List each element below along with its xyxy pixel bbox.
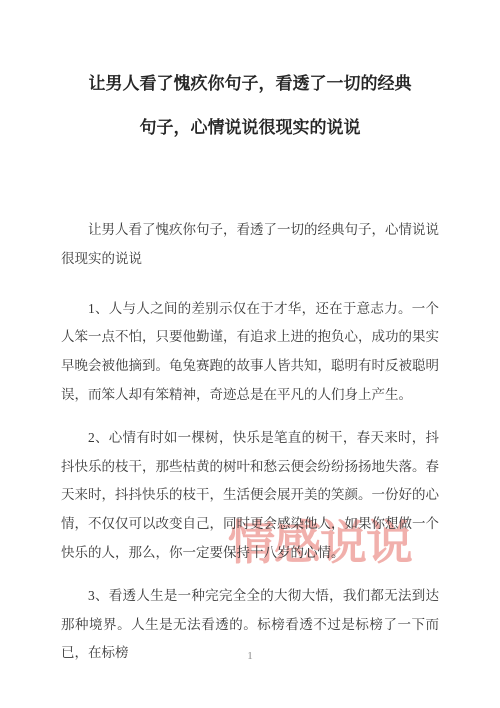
title-line-1: 让男人看了愧疚你句子，看透了一切的经典	[40, 62, 460, 106]
document-body: 让男人看了愧疚你句子，看透了一切的经典句子，心情说说很现实的说说 1、人与人之间…	[61, 216, 439, 668]
paragraph-intro: 让男人看了愧疚你句子，看透了一切的经典句子，心情说说很现实的说说	[61, 216, 439, 274]
document-title: 让男人看了愧疚你句子，看透了一切的经典 句子，心情说说很现实的说说	[40, 0, 460, 150]
paragraph-2: 2、心情有时如一棵树，快乐是笔直的树干，春天来时，抖抖快乐的枝干，那些枯黄的树叶…	[61, 424, 439, 568]
page-number: 1	[0, 650, 500, 662]
document-page: 让男人看了愧疚你句子，看透了一切的经典 句子，心情说说很现实的说说 让男人看了愧…	[0, 0, 500, 708]
paragraph-1: 1、人与人之间的差别示仅在于才华，还在于意志力。一个人笨一点不怕，只要他勤谨，有…	[61, 295, 439, 410]
title-line-2: 句子，心情说说很现实的说说	[40, 106, 460, 150]
